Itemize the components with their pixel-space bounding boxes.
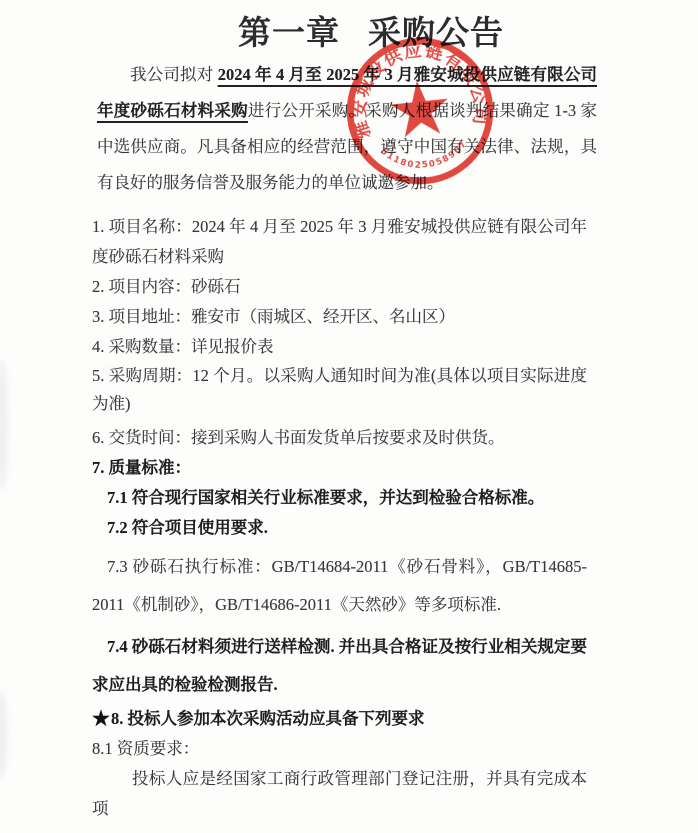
intro-paragraph: 我公司拟对 2024 年 4 月至 2025 年 3 月雅安城投供应链有限公司年… (97, 57, 597, 201)
document-body: 1. 项目名称：2024 年 4 月至 2025 年 3 月雅安城投供应链有限公… (92, 212, 587, 824)
intro-prefix: 我公司拟对 (130, 65, 218, 84)
document-line: 7.3 砂砾石执行标准：GB/T14684-2011《砂石骨料》，GB/T146… (92, 548, 587, 624)
scan-smudge (0, 360, 8, 490)
line-text: 6. 交货时间：接到采购人书面发货单后按要求及时供货。 (92, 428, 505, 447)
line-text: 7.4 砂砾石材料须进行送样检测. 并出具合格证及按行业相关规定要求应出具的检验… (92, 637, 587, 694)
line-text: 7.2 符合项目使用要求. (107, 518, 268, 537)
line-text: 8.1 资质要求： (92, 739, 199, 758)
line-text: 投标人应是经国家工商行政管理部门登记注册，并具有完成本项 (92, 769, 587, 818)
document-line: 7.1 符合现行国家相关行业标准要求，并达到检验合格标准。 (92, 483, 587, 513)
document-line: 投标人应是经国家工商行政管理部门登记注册，并具有完成本项 (92, 764, 587, 824)
document-line: 6. 交货时间：接到采购人书面发货单后按要求及时供货。 (92, 423, 587, 453)
line-text: 4. 采购数量：详见报价表 (92, 337, 274, 356)
line-text: 8. 投标人参加本次采购活动应具备下列要求 (111, 709, 425, 728)
line-text: 2. 项目内容：砂砾石 (92, 277, 241, 296)
line-text: 1. 项目名称：2024 年 4 月至 2025 年 3 月雅安城投供应链有限公… (92, 217, 587, 266)
document-line: 4. 采购数量：详见报价表 (92, 332, 587, 362)
document-line: 7.2 符合项目使用要求. (92, 513, 587, 543)
scan-smudge (0, 690, 7, 780)
page-title: 第一章采购公告 (22, 7, 698, 54)
line-text: 3. 项目地址：雅安市（雨城区、经开区、名山区） (92, 307, 455, 326)
line-text: 7.3 砂砾石执行标准：GB/T14684-2011《砂石骨料》，GB/T146… (92, 557, 587, 614)
document-line: 5. 采购周期：12 个月。以采购人通知时间为准(具体以项目实际进度为准) (92, 362, 587, 418)
chapter-label: 第一章 (238, 16, 340, 52)
document-line: 3. 项目地址：雅安市（雨城区、经开区、名山区） (92, 302, 587, 332)
star-icon: ★ (92, 708, 111, 730)
chapter-heading: 采购公告 (368, 16, 504, 52)
document-line: 8.1 资质要求： (92, 734, 587, 764)
document-page: 第一章采购公告 我公司拟对 2024 年 4 月至 2025 年 3 月雅安城投… (0, 0, 698, 833)
line-text: 7. 质量标准： (92, 458, 191, 477)
document-line: 2. 项目内容：砂砾石 (92, 272, 587, 302)
document-line: ★8. 投标人参加本次采购活动应具备下列要求 (92, 704, 587, 734)
line-text: 5. 采购周期：12 个月。以采购人通知时间为准(具体以项目实际进度为准) (92, 366, 587, 413)
line-text: 7.1 符合现行国家相关行业标准要求，并达到检验合格标准。 (107, 488, 544, 507)
document-line: 7. 质量标准： (92, 453, 587, 483)
document-line: 7.4 砂砾石材料须进行送样检测. 并出具合格证及按行业相关规定要求应出具的检验… (92, 628, 587, 704)
document-line: 1. 项目名称：2024 年 4 月至 2025 年 3 月雅安城投供应链有限公… (92, 212, 587, 272)
